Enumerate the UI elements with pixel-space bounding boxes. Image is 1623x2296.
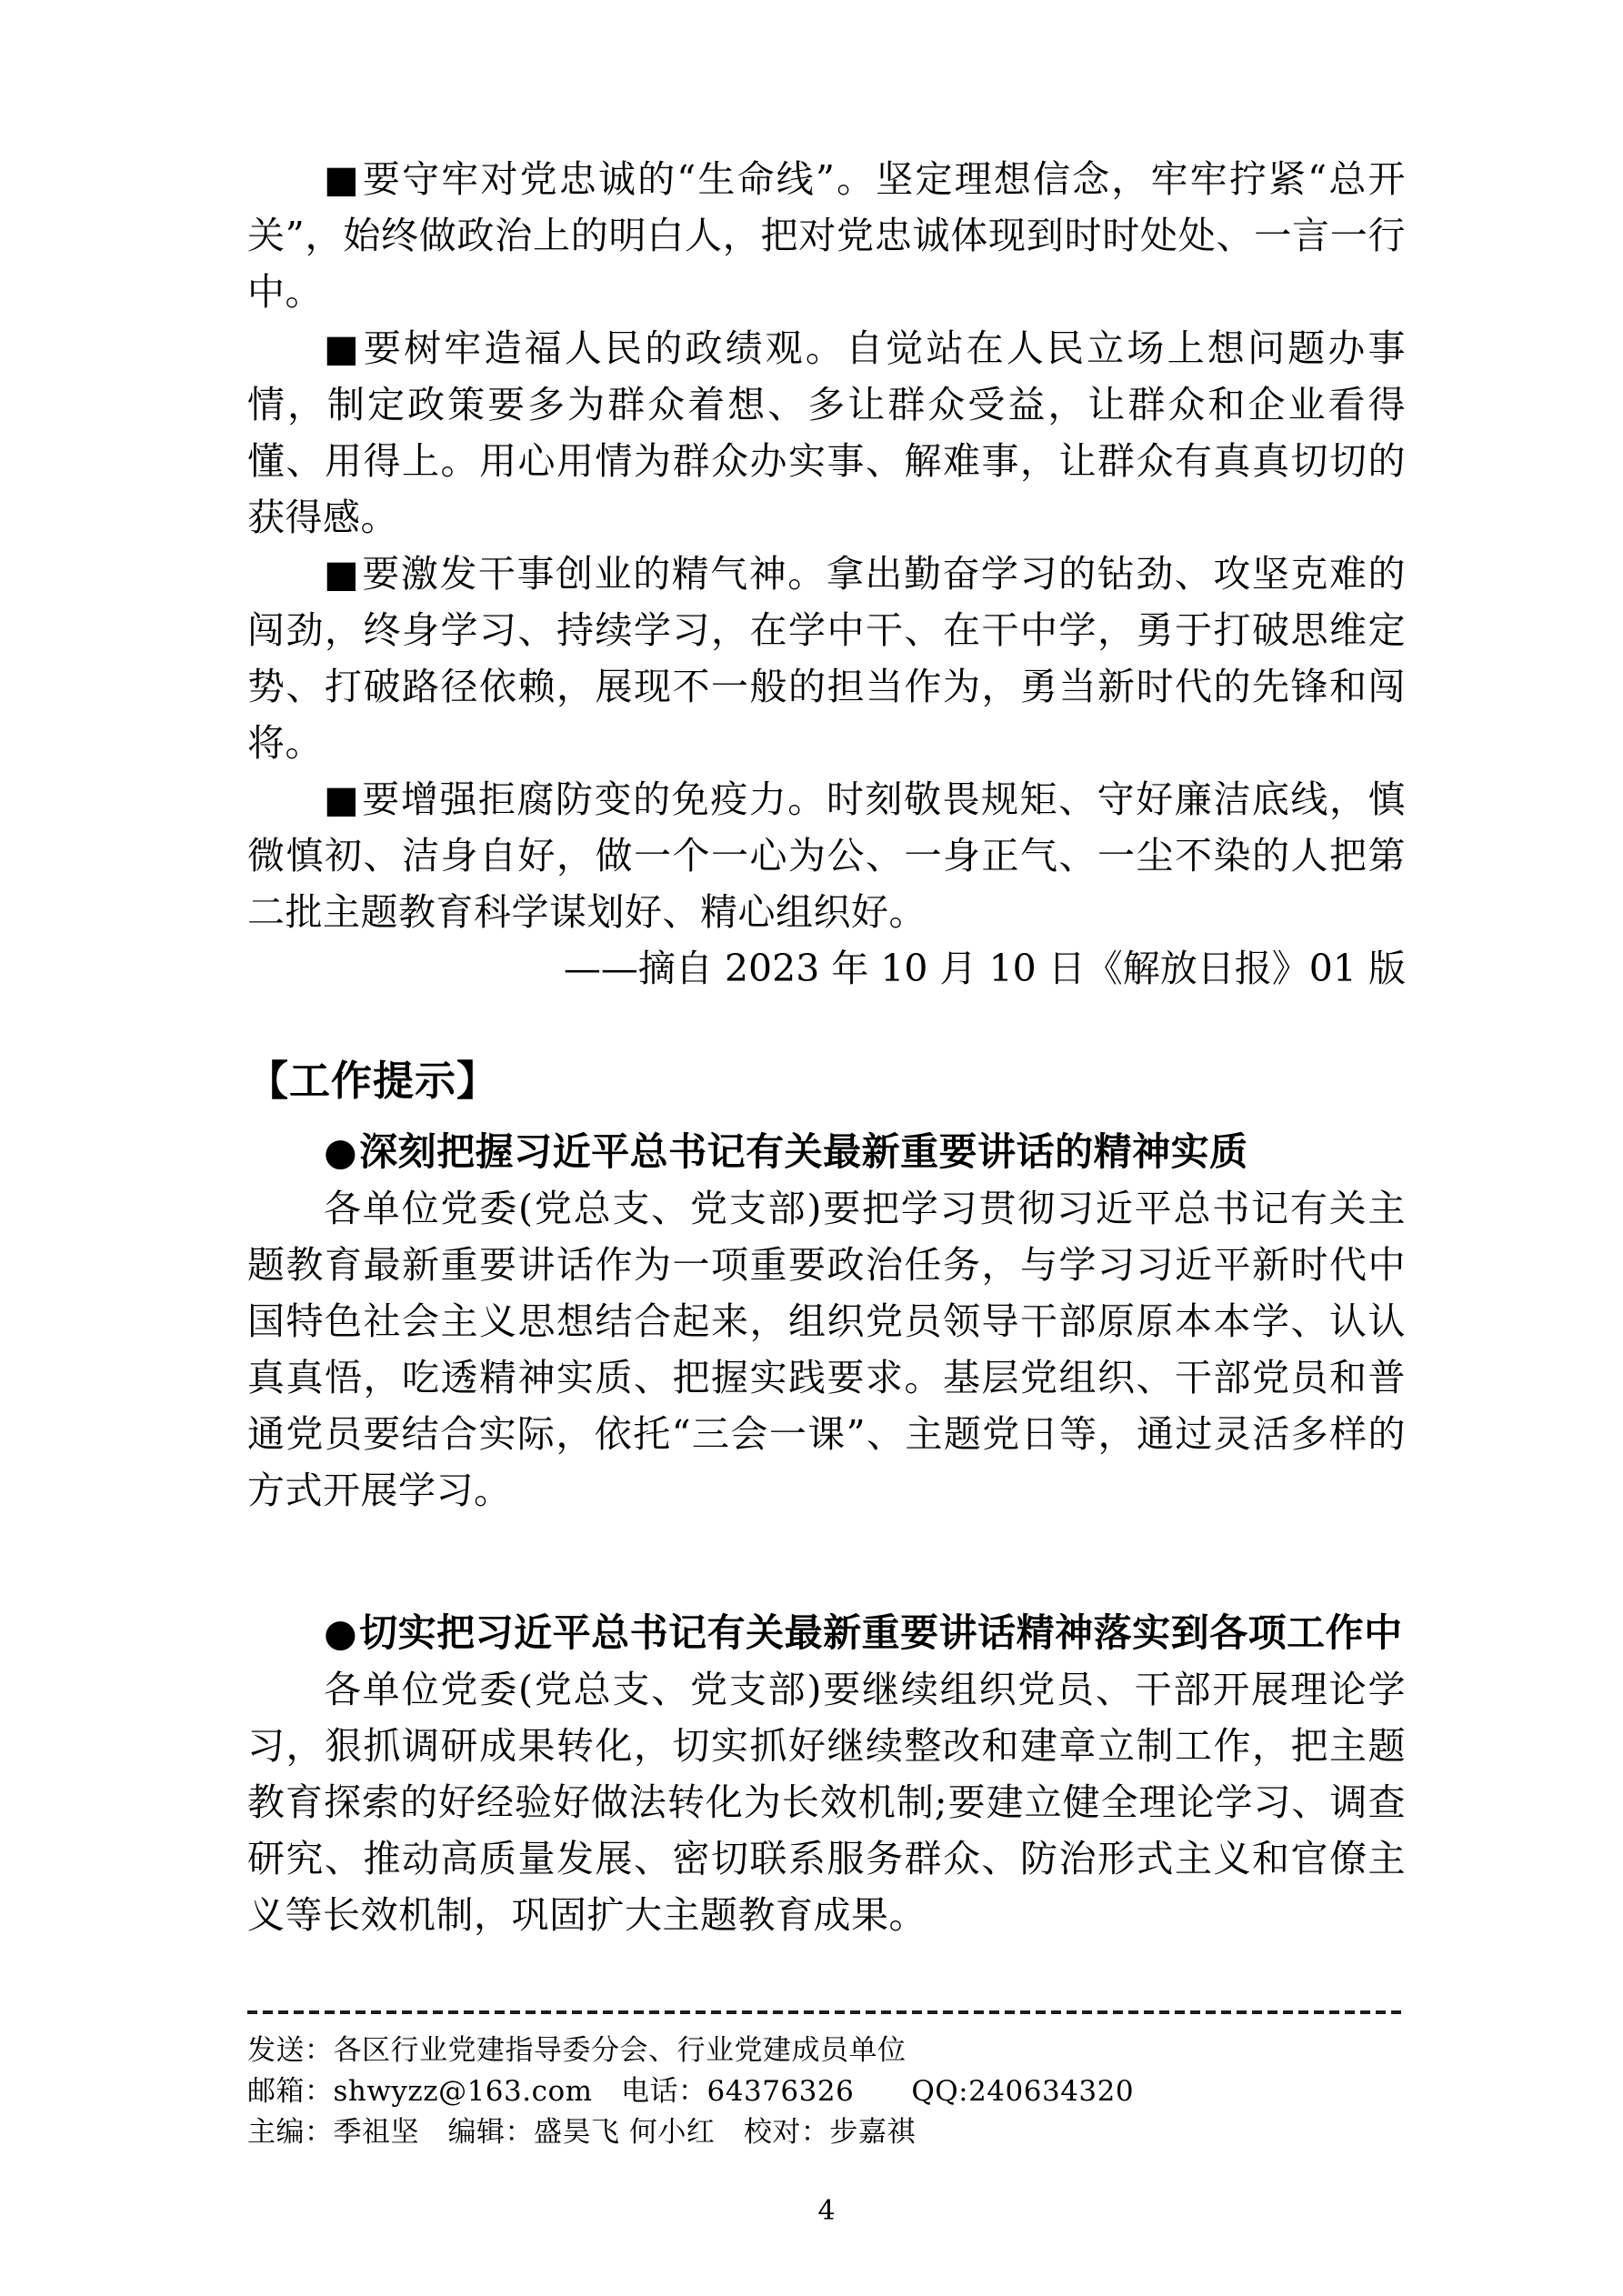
- tip-title: ●切实把习近平总书记有关最新重要讲话精神落实到各项工作中: [247, 1605, 1406, 1661]
- footer-distribution-line: 发送：各区行业党建指导委分会、行业党建成员单位: [247, 2030, 1406, 2071]
- excerpt-paragraph: ■要激发干事创业的精气神。拿出勤奋学习的钻劲、攻坚克难的闯劲，终身学习、持续学习…: [247, 546, 1406, 771]
- tip-title-text: 切实把习近平总书记有关最新重要讲话精神落实到各项工作中: [359, 1610, 1403, 1655]
- excerpt-paragraph-text: 要激发干事创业的精气神。拿出勤奋学习的钻劲、攻坚克难的闯劲，终身学习、持续学习，…: [247, 552, 1406, 765]
- document-page: ■要守牢对党忠诚的“生命线”。坚定理想信念，牢牢拧紧“总开关”，始终做政治上的明…: [0, 0, 1623, 2296]
- page-content: ■要守牢对党忠诚的“生命线”。坚定理想信念，牢牢拧紧“总开关”，始终做政治上的明…: [0, 0, 1623, 2230]
- page-number: 4: [247, 2193, 1406, 2230]
- tip-body: 各单位党委(党总支、党支部)要把学习贯彻习近平总书记有关主题教育最新重要讲话作为…: [247, 1180, 1406, 1519]
- work-tip-item: ●切实把习近平总书记有关最新重要讲话精神落实到各项工作中 各单位党委(党总支、党…: [247, 1605, 1406, 1943]
- tip-body: 各单位党委(党总支、党支部)要继续组织党员、干部开展理论学习，狠抓调研成果转化，…: [247, 1661, 1406, 1943]
- newspaper-excerpt-section: ■要守牢对党忠诚的“生命线”。坚定理想信念，牢牢拧紧“总开关”，始终做政治上的明…: [247, 151, 1406, 997]
- section-heading: 【工作提示】: [247, 1055, 1406, 1108]
- excerpt-paragraph-text: 要守牢对党忠诚的“生命线”。坚定理想信念，牢牢拧紧“总开关”，始终做政治上的明白…: [247, 157, 1406, 314]
- footer-editors-line: 主编：季祖坚 编辑：盛昊飞 何小红 校对：步嘉祺: [247, 2112, 1406, 2153]
- square-bullet-icon: ■: [324, 157, 361, 201]
- excerpt-paragraph: ■要守牢对党忠诚的“生命线”。坚定理想信念，牢牢拧紧“总开关”，始终做政治上的明…: [247, 151, 1406, 320]
- excerpt-paragraph: ■要增强拒腐防变的免疫力。时刻敬畏规矩、守好廉洁底线，慎微慎初、洁身自好，做一个…: [247, 771, 1406, 940]
- dashed-divider: [247, 2010, 1406, 2014]
- square-bullet-icon: ■: [324, 326, 362, 370]
- work-tip-item: ●深刻把握习近平总书记有关最新重要讲话的精神实质 各单位党委(党总支、党支部)要…: [247, 1124, 1406, 1519]
- source-citation: ——摘自 2023 年 10 月 10 日《解放日报》01 版: [247, 940, 1406, 997]
- square-bullet-icon: ■: [324, 552, 360, 596]
- footer-contact-line: 邮箱：shwyzz@163.com 电话：64376326 QQ:2406343…: [247, 2071, 1406, 2112]
- square-bullet-icon: ■: [324, 777, 360, 821]
- excerpt-paragraph-text: 要树牢造福人民的政绩观。自觉站在人民立场上想问题办事情，制定政策要多为群众着想、…: [247, 326, 1406, 539]
- circle-bullet-icon: ●: [324, 1610, 357, 1655]
- circle-bullet-icon: ●: [324, 1129, 357, 1174]
- tip-title: ●深刻把握习近平总书记有关最新重要讲话的精神实质: [247, 1124, 1406, 1180]
- excerpt-paragraph: ■要树牢造福人民的政绩观。自觉站在人民立场上想问题办事情，制定政策要多为群众着想…: [247, 320, 1406, 546]
- work-tips-section: 【工作提示】 ●深刻把握习近平总书记有关最新重要讲话的精神实质 各单位党委(党总…: [247, 1055, 1406, 1943]
- excerpt-paragraph-text: 要增强拒腐防变的免疫力。时刻敬畏规矩、守好廉洁底线，慎微慎初、洁身自好，做一个一…: [247, 777, 1406, 934]
- tip-title-text: 深刻把握习近平总书记有关最新重要讲话的精神实质: [359, 1129, 1248, 1174]
- newsletter-footer: 发送：各区行业党建指导委分会、行业党建成员单位 邮箱：shwyzz@163.co…: [247, 2010, 1406, 2153]
